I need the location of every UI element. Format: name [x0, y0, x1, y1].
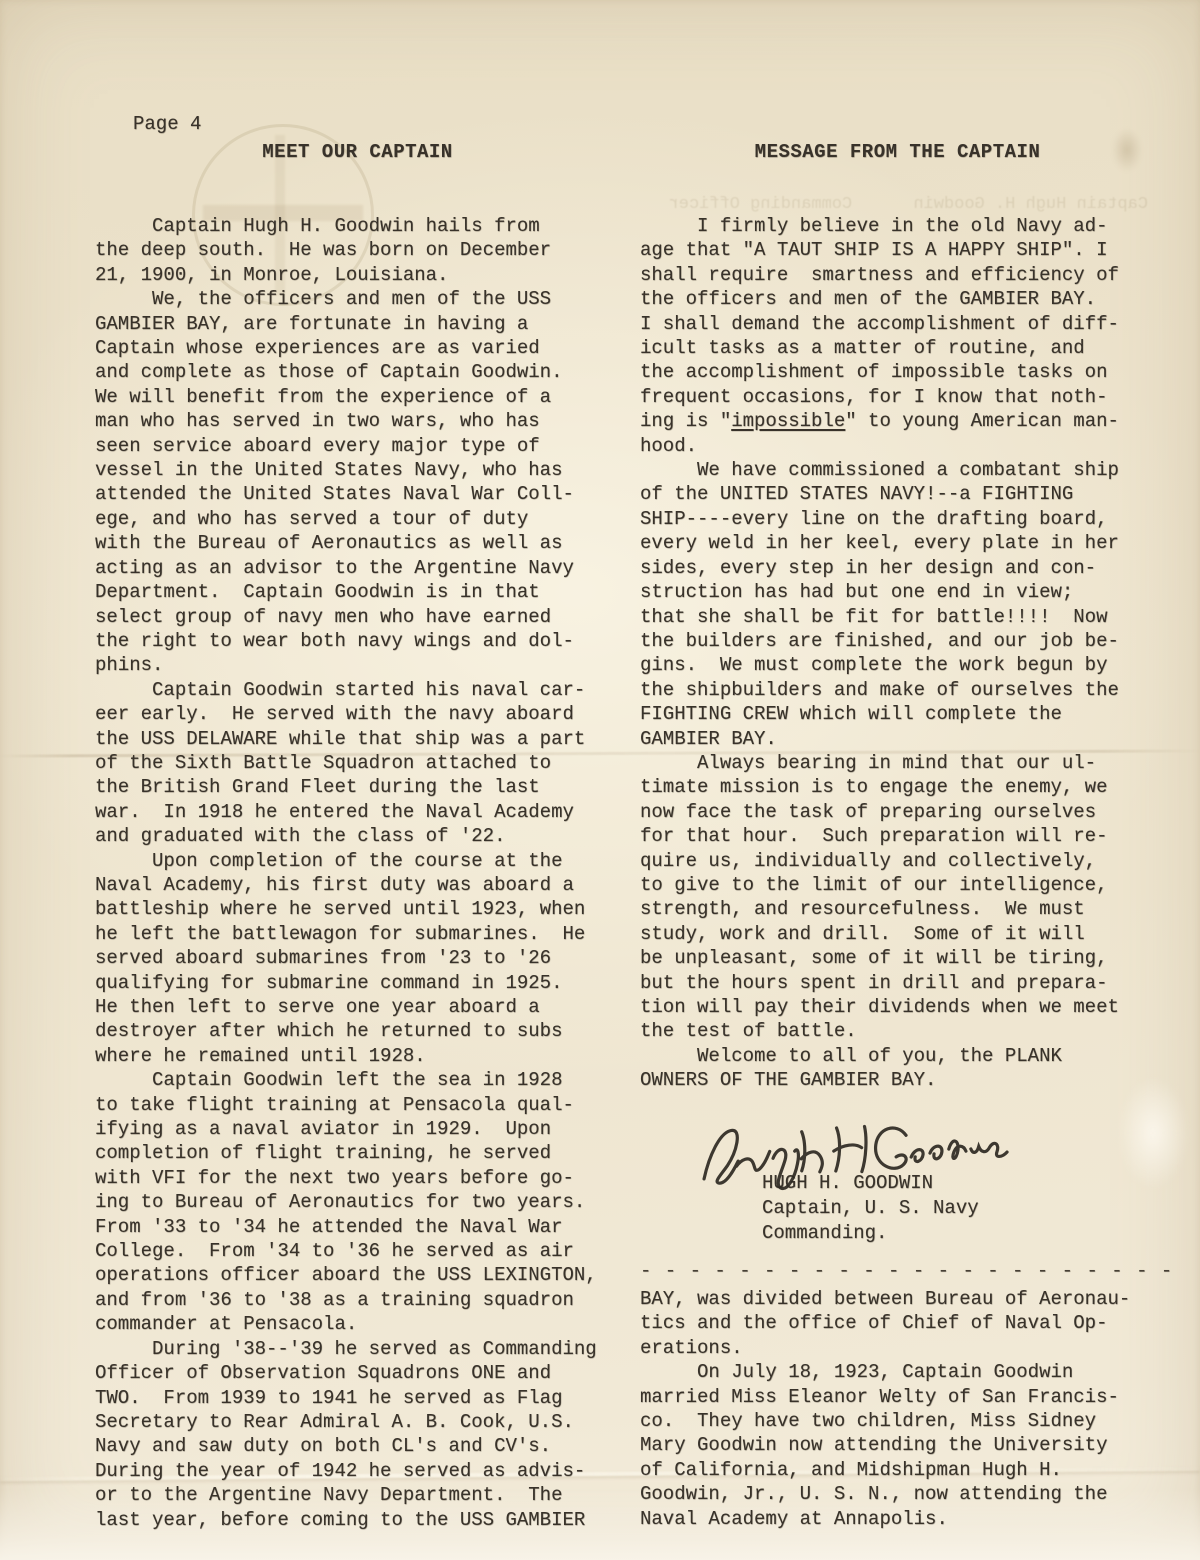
message-text-before: I firmly believe in the old Navy ad- age… — [640, 215, 1119, 432]
paragraph-officers-fortunate: We, the officers and men of the USS GAMB… — [95, 287, 620, 678]
right-column-heading: MESSAGE FROM THE CAPTAIN — [640, 140, 1155, 164]
paragraph-captain-bio-intro: Captain Hugh H. Goodwin hails from the d… — [95, 214, 620, 287]
paragraph-academy-submarines: Upon completion of the course at the Nav… — [95, 849, 620, 1069]
signature-rank-line: Captain, U. S. Navy — [762, 1196, 1155, 1221]
paragraph-commands-1938-1942: During '38--'39 he served as Commanding … — [95, 1337, 620, 1532]
paragraph-welcome-plank-owners: Welcome to all of you, the PLANK OWNERS … — [640, 1044, 1155, 1093]
paragraph-bureau-split: BAY, was divided between Bureau of Aeron… — [640, 1287, 1155, 1360]
paragraph-family: On July 18, 1923, Captain Goodwin marrie… — [640, 1360, 1155, 1531]
page-number: Page 4 — [133, 112, 201, 136]
right-column: MESSAGE FROM THE CAPTAIN I firmly believ… — [640, 140, 1155, 1531]
dashed-separator: - - - - - - - - - - - - - - - - - - - - … — [640, 1259, 1155, 1283]
signature-block: HUGH H. GOODWIN Captain, U. S. Navy Comm… — [640, 1127, 1155, 1253]
captain-handwritten-signature — [693, 1104, 1017, 1205]
left-column: MEET OUR CAPTAIN Captain Hugh H. Goodwin… — [95, 140, 620, 1532]
paragraph-taut-ship: I firmly believe in the old Navy ad- age… — [640, 214, 1155, 458]
signature-commanding-line: Commanding. — [762, 1221, 1155, 1246]
left-column-heading: MEET OUR CAPTAIN — [95, 140, 620, 164]
paragraph-ultimate-mission: Always bearing in mind that our ul- tima… — [640, 751, 1155, 1044]
underlined-word-impossible: impossible — [731, 410, 845, 432]
paragraph-flight-training: Captain Goodwin left the sea in 1928 to … — [95, 1068, 620, 1336]
paragraph-fighting-ship: We have commissioned a combatant ship of… — [640, 458, 1155, 751]
scanned-newsletter-page: Captain Hugh H. Goodwin Commanding Offic… — [0, 0, 1200, 1560]
paragraph-naval-career-start: Captain Goodwin started his naval car- e… — [95, 678, 620, 849]
